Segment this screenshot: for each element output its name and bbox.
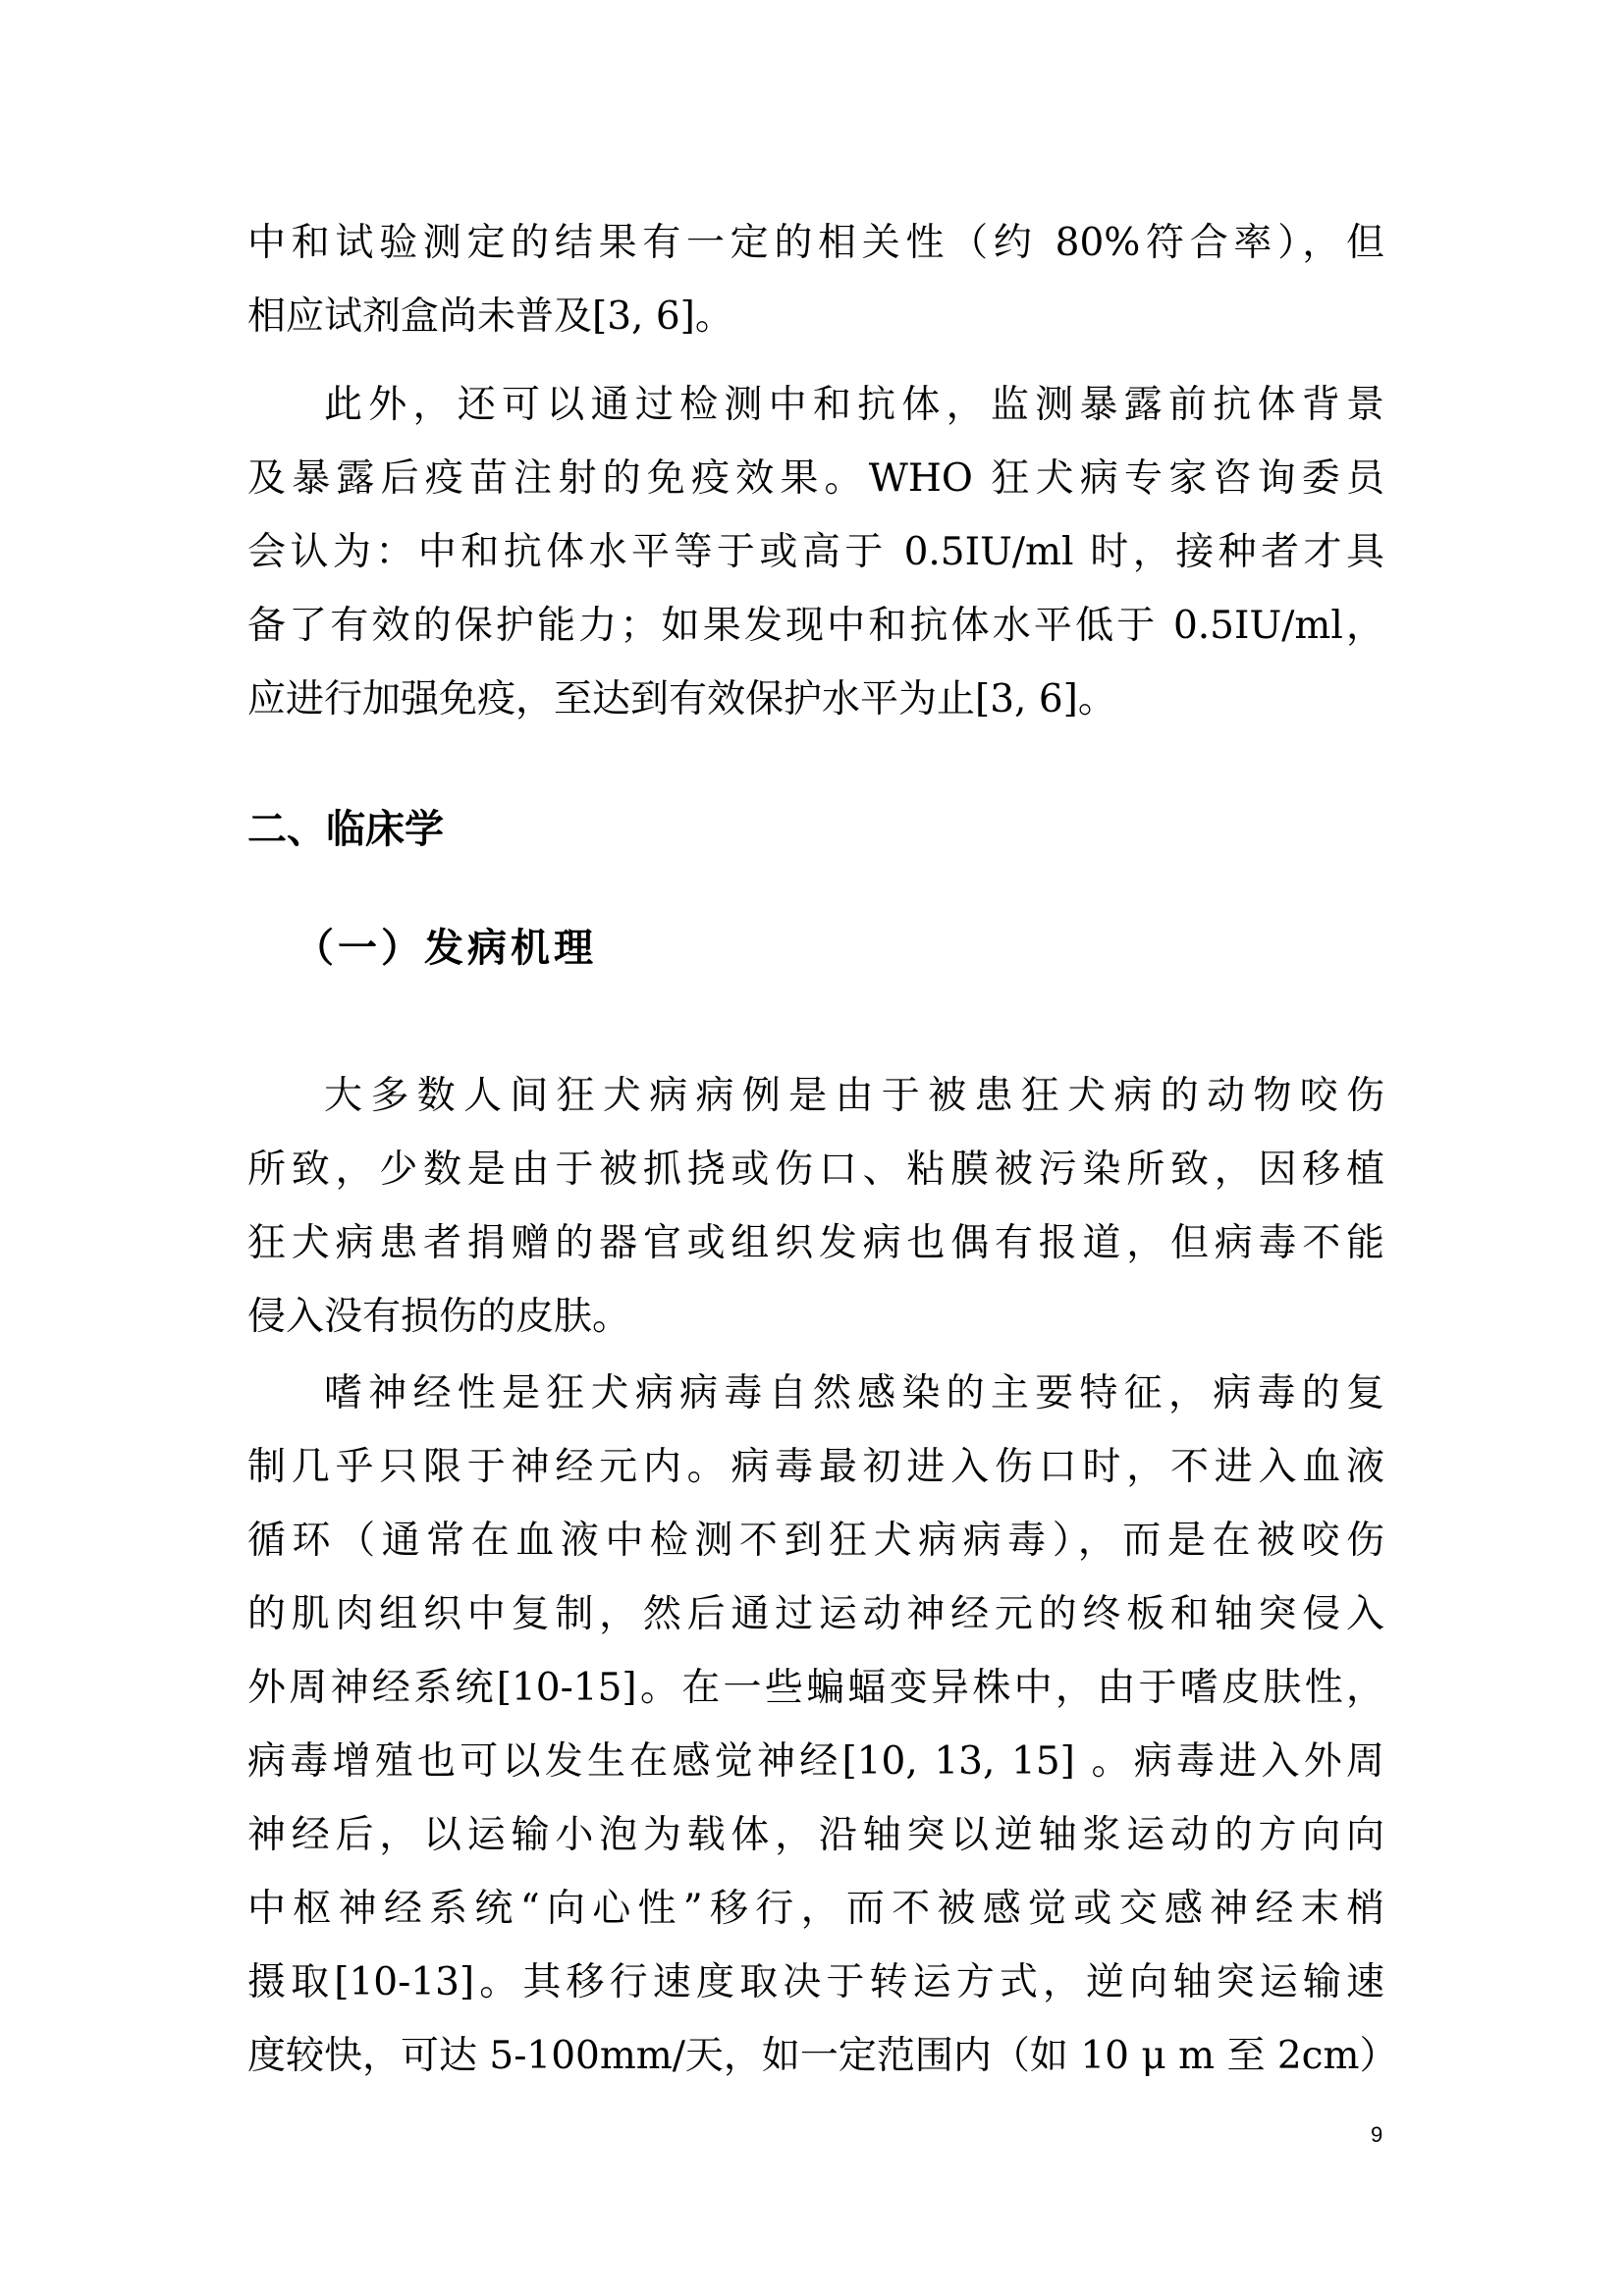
paragraph-2-line-1: 此外，还可以通过检测中和抗体，监测暴露前抗体背景 (324, 376, 1384, 435)
paragraph-3-line-3: 狂犬病患者捐赠的器官或组织发病也偶有报道，但病毒不能 (247, 1214, 1384, 1273)
paragraph-3-line-4: 侵入没有损伤的皮肤。 (247, 1288, 1384, 1347)
paragraph-3-line-2: 所致，少数是由于被抓挠或伤口、粘膜被污染所致，因移植 (247, 1141, 1384, 1200)
paragraph-4-line-8: 中枢神经系统“向心性”移行，而不被感觉或交感神经末梢 (247, 1880, 1384, 1939)
subsection-heading: （一）发病机理 (295, 919, 597, 978)
paragraph-1-line-2: 相应试剂盒尚未普及[3, 6]。 (247, 288, 1384, 347)
paragraph-4-line-6: 病毒增殖也可以发生在感觉神经[10, 13, 15] 。病毒进入外周 (247, 1733, 1384, 1791)
paragraph-4-line-2: 制几乎只限于神经元内。病毒最初进入伤口时，不进入血液 (247, 1438, 1384, 1497)
paragraph-2-line-4: 备了有效的保护能力；如果发现中和抗体水平低于 0.5IU/ml， (247, 597, 1384, 656)
paragraph-4-line-1: 嗜神经性是狂犬病病毒自然感染的主要特征，病毒的复 (324, 1364, 1384, 1423)
paragraph-2-line-2: 及暴露后疫苗注射的免疫效果。WHO 狂犬病专家咨询委员 (247, 450, 1384, 508)
paragraph-4-line-10: 度较快，可达 5-100mm/天，如一定范围内（如 10 μ m 至 2cm） (247, 2027, 1384, 2086)
paragraph-2-line-3: 会认为：中和抗体水平等于或高于 0.5IU/ml 时，接种者才具 (247, 523, 1384, 582)
document-page: 中和试验测定的结果有一定的相关性（约 80%符合率），但 相应试剂盒尚未普及[3… (0, 0, 1624, 2296)
paragraph-2-line-5: 应进行加强免疫，至达到有效保护水平为止[3, 6]。 (247, 670, 1384, 729)
paragraph-4-line-7: 神经后，以运输小泡为载体，沿轴突以逆轴浆运动的方向向 (247, 1806, 1384, 1865)
paragraph-3-line-1: 大多数人间狂犬病病例是由于被患狂犬病的动物咬伤 (324, 1067, 1384, 1126)
paragraph-4-line-5: 外周神经系统[10-15]。在一些蝙蝠变异株中，由于嗜皮肤性， (247, 1659, 1384, 1718)
paragraph-4-line-9: 摄取[10-13]。其移行速度取决于转运方式，逆向轴突运输速 (247, 1953, 1384, 2012)
page-number: 9 (1371, 2120, 1382, 2150)
section-heading: 二、临床学 (247, 800, 444, 859)
paragraph-4-line-4: 的肌肉组织中复制，然后通过运动神经元的终板和轴突侵入 (247, 1585, 1384, 1644)
paragraph-1-line-1: 中和试验测定的结果有一定的相关性（约 80%符合率），但 (247, 214, 1384, 273)
paragraph-4-line-3: 循环（通常在血液中检测不到狂犬病病毒），而是在被咬伤 (247, 1512, 1384, 1571)
